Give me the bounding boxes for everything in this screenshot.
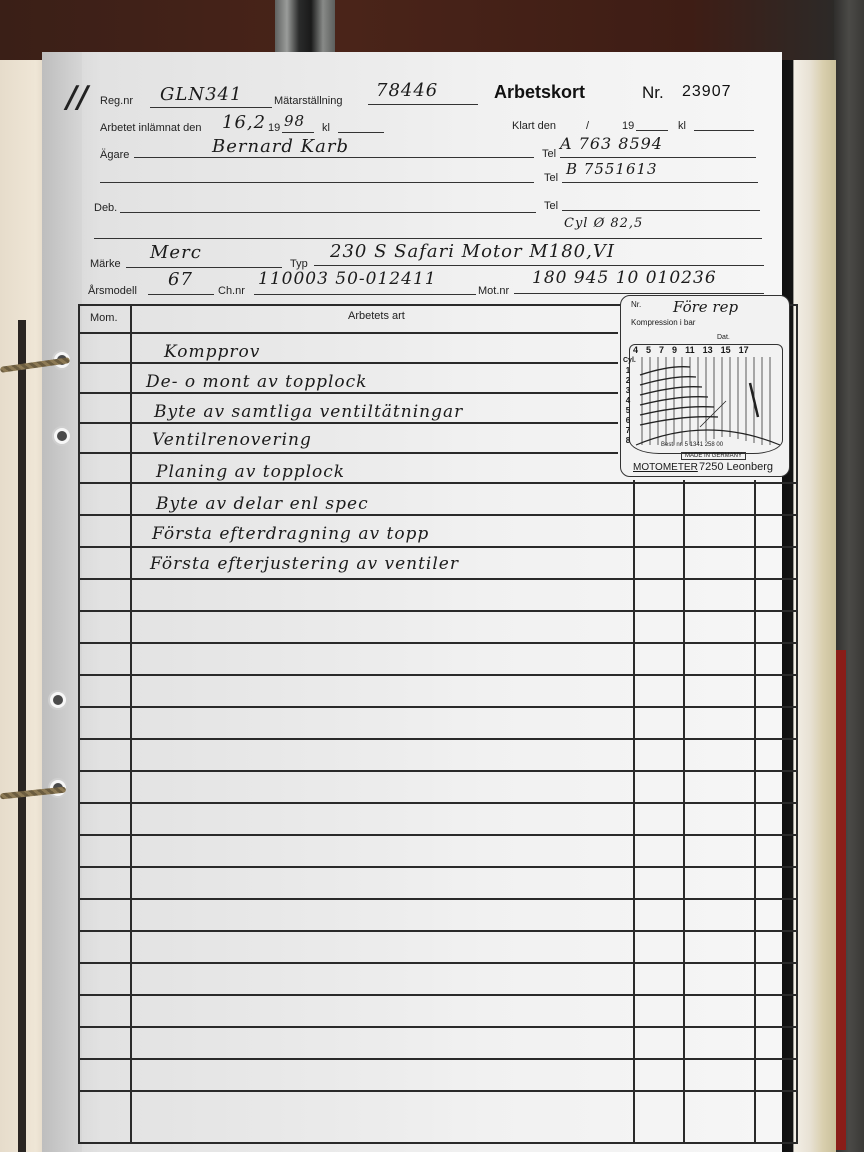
- klart-kl-field[interactable]: [694, 130, 754, 131]
- compression-chart: [629, 344, 783, 454]
- deb-label: Deb.: [94, 202, 117, 214]
- marke-label: Märke: [90, 258, 121, 270]
- work-row[interactable]: Byte av delar enl spec: [156, 494, 369, 514]
- brand-city: 7250 Leonberg: [699, 461, 773, 473]
- kl-label: kl: [678, 120, 686, 132]
- card-title: Kompression i bar: [631, 318, 695, 327]
- tel-2-label: Tel: [544, 172, 558, 184]
- cylinder-note: Cyl Ø 82,5: [564, 216, 643, 231]
- work-row[interactable]: Första efterdragning av topp: [152, 524, 429, 544]
- tel-2-field[interactable]: B 7551613: [566, 160, 658, 178]
- work-row[interactable]: Byte av samtliga ventiltätningar: [154, 402, 463, 422]
- tel-3-label: Tel: [544, 200, 558, 212]
- made-in-label: MADE IN GERMANY: [681, 452, 746, 460]
- arsmodell-label: Årsmodell: [88, 285, 137, 297]
- column-header-arbetets-art: Arbetets art: [348, 310, 405, 322]
- klart-year-field[interactable]: [636, 130, 668, 131]
- reg-nr-field[interactable]: GLN341: [160, 84, 242, 105]
- corner-mark: //: [66, 80, 88, 115]
- mot-nr-label: Mot.nr: [478, 285, 509, 297]
- form-number: 23907: [682, 83, 732, 101]
- tel-1-field[interactable]: A 763 8594: [560, 134, 663, 153]
- marke-field[interactable]: Merc: [150, 242, 202, 263]
- form-number-label: Nr.: [642, 83, 664, 103]
- deb-field[interactable]: [120, 212, 536, 213]
- form-title: Arbetskort: [494, 82, 585, 103]
- klart-label: Klart den: [512, 120, 556, 132]
- tel-3-field[interactable]: [562, 210, 760, 211]
- card-nr-label: Nr.: [631, 300, 641, 309]
- inlamnat-date-field[interactable]: 16,2: [222, 112, 266, 133]
- inlamnat-year-field[interactable]: 98: [284, 112, 305, 130]
- work-order-sheet: // Arbetskort Nr. 23907 Reg.nr GLN341 Mä…: [42, 52, 782, 1152]
- card-date-label: Dat.: [717, 334, 730, 341]
- ch-nr-label: Ch.nr: [218, 285, 245, 297]
- matarstallning-field[interactable]: 78446: [376, 80, 438, 101]
- punch-hole: [52, 426, 72, 446]
- year-prefix: 19: [268, 122, 280, 134]
- part-number: Best. nr. 5 1341 258 00: [661, 442, 723, 448]
- reg-nr-label: Reg.nr: [100, 95, 133, 107]
- year-prefix: 19: [622, 120, 634, 132]
- compression-test-card: Nr. Före rep Kompression i bar Dat.: [620, 295, 790, 477]
- brand-logo: MOTOMETER: [633, 462, 698, 473]
- punch-hole: [48, 690, 68, 710]
- work-row[interactable]: Kompprov: [164, 342, 260, 362]
- inlamnat-kl-field[interactable]: [338, 132, 384, 133]
- red-folder-edge: [836, 650, 846, 1150]
- agare-field[interactable]: Bernard Karb: [212, 136, 349, 157]
- matarstallning-label: Mätarställning: [274, 95, 342, 107]
- work-row[interactable]: De- o mont av topplock: [146, 372, 367, 392]
- card-handwritten-note: Före rep: [673, 298, 738, 316]
- work-row[interactable]: Planing av topplock: [156, 462, 345, 482]
- cylinder-scale: Cyl. 12345678: [623, 356, 633, 446]
- agare-label: Ägare: [100, 149, 129, 161]
- compression-scale: 457911131517: [633, 345, 749, 355]
- binder-clip: [275, 0, 335, 58]
- tel-1-label: Tel: [542, 148, 556, 160]
- work-row[interactable]: Första efterjustering av ventiler: [150, 554, 459, 574]
- typ-field[interactable]: 230 S Safari Motor M180,VI: [330, 241, 615, 262]
- work-row[interactable]: Ventilrenovering: [152, 430, 312, 450]
- arsmodell-field[interactable]: 67: [168, 269, 193, 290]
- date-separator: /: [586, 120, 589, 132]
- kl-label: kl: [322, 122, 330, 134]
- mot-nr-field[interactable]: 180 945 10 010236: [532, 268, 717, 288]
- ch-nr-field[interactable]: 110003 50-012411: [258, 269, 437, 289]
- column-header-mom: Mom.: [90, 312, 118, 324]
- inlamnat-label: Arbetet inlämnat den: [100, 122, 202, 134]
